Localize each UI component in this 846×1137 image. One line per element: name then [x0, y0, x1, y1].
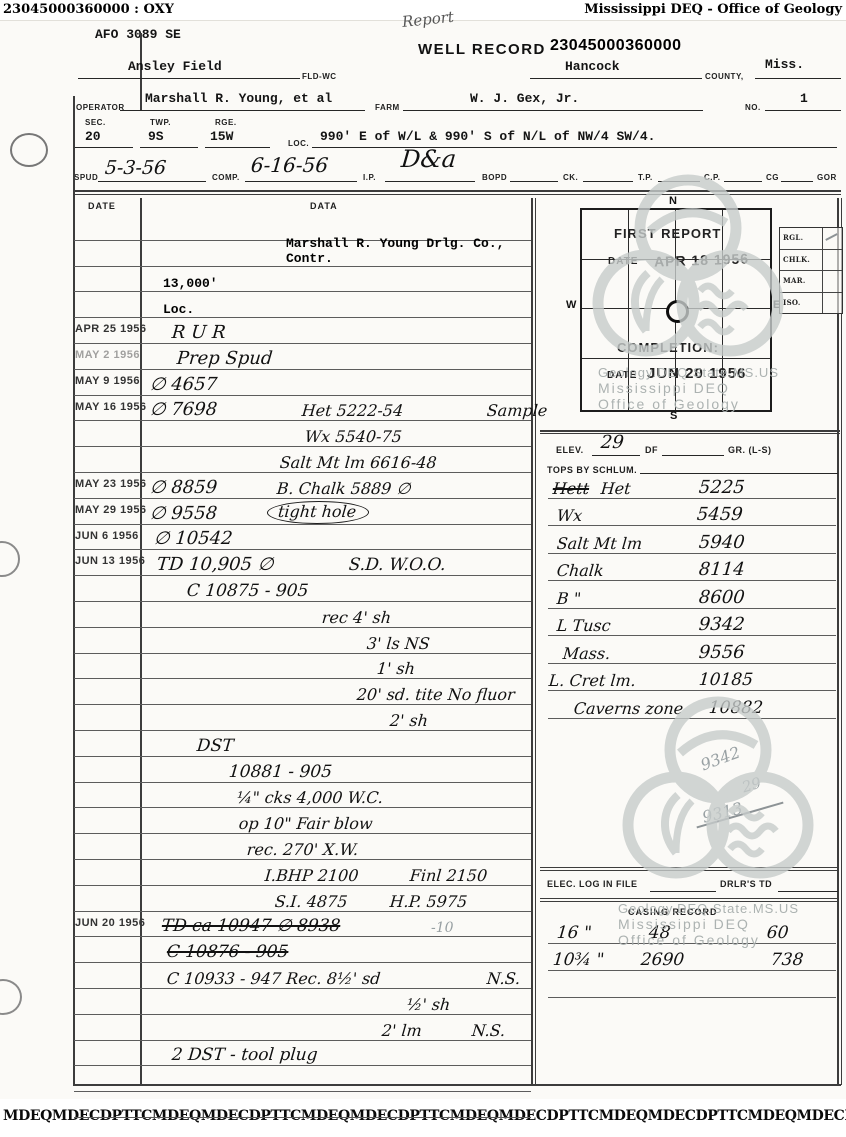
- entry-text: L. Cret lm.: [548, 671, 637, 690]
- agency-title: Mississippi DEQ - Office of Geology: [584, 2, 842, 17]
- data-header: DATA: [310, 201, 338, 211]
- log-row: ¼" cks 4,000 W.C.: [74, 783, 531, 809]
- well-number: 23045000360000: [550, 37, 682, 55]
- date-stamp: MAY 16 1956: [75, 401, 147, 413]
- entry-text: C 10875 - 905: [186, 581, 309, 601]
- log-row: Chalk8114: [548, 554, 836, 582]
- twp-label: TWP.: [150, 118, 171, 127]
- entry-text: 2690: [640, 950, 685, 970]
- loc-label: LOC.: [288, 139, 309, 148]
- farm-label: FARM: [375, 103, 400, 112]
- entry-text: Loc.: [163, 302, 194, 317]
- entry-text: 5459: [696, 504, 744, 525]
- afo-number: AFO 3089 SE: [95, 27, 181, 42]
- well-no: 1: [800, 91, 808, 106]
- comp-date: 6-16-56: [250, 153, 329, 177]
- class-label: ISO.: [783, 298, 801, 307]
- log-row: JUN 13 1956TD 10,905 ∅S.D. W.O.O.: [74, 550, 531, 576]
- cp-label: C.P.: [704, 173, 721, 182]
- entry-text: 5940: [698, 532, 746, 553]
- class-box-row: RGL.: [780, 228, 842, 250]
- right-border: [837, 198, 839, 1085]
- entry-text: tight hole: [266, 501, 370, 524]
- date-stamp: MAY 9 1956: [75, 375, 140, 387]
- date-stamp: MAY 29 1956: [75, 504, 147, 516]
- entry-text: ½' sh: [406, 995, 451, 1014]
- entry-text: Sample: [486, 401, 548, 420]
- class-label: MAR.: [783, 276, 806, 285]
- log-row: Mass.9556: [548, 636, 836, 664]
- elev-value: 29: [600, 432, 625, 453]
- footer-token: MDECD: [797, 1108, 846, 1124]
- log-row: [74, 1066, 531, 1092]
- entry-text: 13,000': [163, 276, 218, 291]
- entry-text: 738: [770, 950, 804, 970]
- first-report-date: APR 18 1956: [654, 250, 750, 269]
- log-row: L Tusc9342: [548, 609, 836, 637]
- pencil-note: 9342: [698, 743, 743, 775]
- log-row: 16 "4860: [548, 917, 836, 944]
- log-row: [548, 971, 836, 998]
- log-row: MAY 16 1956∅ 7698Het 5222-54Sample: [74, 396, 531, 422]
- mdeq-logo-watermark: [618, 693, 818, 893]
- entry-text: 8114: [698, 559, 746, 580]
- well-location-marker: [666, 300, 689, 323]
- entry-text: Salt Mt lm: [556, 534, 643, 553]
- entry-text: N.S.: [486, 969, 521, 988]
- bopd-label: BOPD: [482, 173, 507, 182]
- entry-text: 48: [648, 923, 671, 943]
- entry-text: ∅ 8859: [149, 477, 218, 498]
- punch-hole: [0, 541, 20, 577]
- punch-hole: [10, 133, 48, 167]
- log-row: S.I. 4875H.P. 5975: [74, 886, 531, 912]
- entry-text: ∅ 7698: [149, 399, 218, 420]
- entry-text: Chalk: [556, 561, 605, 580]
- footer-token: PTTC: [707, 1108, 747, 1124]
- log-row: I.BHP 2100Finl 2150: [74, 860, 531, 886]
- log-row: 2' sh: [74, 705, 531, 731]
- log-row: rec 4' sh: [74, 602, 531, 628]
- log-row: op 10" Fair blow: [74, 808, 531, 834]
- entry-text: 10¾ ": [552, 950, 605, 970]
- class-check-cell: [822, 293, 842, 314]
- twp-value: 9S: [148, 129, 164, 144]
- date-stamp: MAY 2 1956: [75, 349, 140, 361]
- no-label: NO.: [745, 103, 761, 112]
- class-box-row: ISO.: [780, 293, 842, 314]
- entry-text: R U R: [171, 322, 227, 343]
- log-row: MAY 29 1956∅ 9558tight hole: [74, 499, 531, 525]
- class-label: RGL.: [783, 233, 803, 242]
- casing-rows: 16 "486010¾ "2690738: [548, 917, 836, 998]
- entry-text: S.D. W.O.O.: [348, 555, 447, 575]
- entry-text: TD 10,905 ∅: [156, 554, 274, 575]
- casing-record-label: CASING RECORD: [628, 907, 718, 917]
- entry-text: H.P. 5975: [389, 892, 468, 911]
- scanned-well-record: AFO 3089 SE Report WELL RECORD 230450003…: [0, 20, 846, 1099]
- entry-text: B ": [556, 589, 582, 608]
- log-row: 20' sd. tite No fluor: [74, 679, 531, 705]
- footer-token: PTTC: [558, 1108, 598, 1124]
- farm-name: W. J. Gex, Jr.: [470, 91, 579, 106]
- entry-text: ¼" cks 4,000 W.C.: [236, 788, 384, 807]
- completion-date-label: DATE: [607, 370, 637, 381]
- log-row: C 10933 - 947 Rec. 8½' sdN.S.: [74, 963, 531, 989]
- footer-token: MDEQ: [3, 1108, 52, 1124]
- log-row: MAY 2 1956Prep Spud: [74, 344, 531, 370]
- entry-text: ∅ 9558: [149, 503, 218, 524]
- entry-text: Wx: [556, 506, 583, 525]
- entry-text: Marshall R. Young Drlg. Co., Contr.: [286, 236, 531, 266]
- loc-value: 990' E of W/L & 990' S of N/L of NW/4 SW…: [320, 129, 655, 144]
- date-header: DATE: [88, 201, 116, 211]
- pencil-note: 9313: [700, 798, 744, 826]
- log-row: 3' ls NS: [74, 628, 531, 654]
- date-stamp: JUN 13 1956: [75, 555, 145, 567]
- entry-text: 2' sh: [389, 711, 429, 730]
- fld-wc-label: FLD-WC: [302, 72, 337, 81]
- log-row: Loc.: [74, 292, 531, 318]
- df-label: DF: [645, 445, 658, 455]
- entry-text: S.I. 4875: [274, 892, 348, 911]
- entry-text: 10881 - 905: [228, 762, 333, 782]
- entry-text: -10: [431, 920, 454, 936]
- class-check-cell: [822, 250, 842, 271]
- entry-text: 9342: [698, 614, 746, 635]
- log-row: [74, 1092, 531, 1118]
- footer-token: MDEQ: [599, 1108, 648, 1124]
- ip-label: I.P.: [363, 173, 376, 182]
- entry-text: 60: [766, 923, 789, 943]
- log-row: 2' lmN.S.: [74, 1015, 531, 1041]
- log-row: Wx5459: [548, 499, 836, 527]
- spud-label: SPUD: [74, 173, 98, 182]
- log-row: HettHet5225: [548, 471, 836, 499]
- spud-date: 5-3-56: [104, 157, 167, 179]
- log-row: Marshall R. Young Drlg. Co., Contr.: [74, 241, 531, 267]
- entry-text: Het: [600, 479, 632, 498]
- footer-token: MDECD: [648, 1108, 708, 1124]
- entry-text: C 10933 - 947 Rec. 8½' sd: [166, 969, 381, 988]
- entry-text: 16 ": [556, 923, 593, 943]
- log-row: 13,000': [74, 267, 531, 293]
- class-box-row: MAR.: [780, 271, 842, 293]
- rge-label: RGE.: [215, 118, 237, 127]
- county-name: Hancock: [565, 59, 620, 74]
- compass-n: N: [669, 195, 677, 207]
- entry-text: 1' sh: [376, 659, 416, 678]
- tops-rows: HettHet5225Wx5459Salt Mt lm5940Chalk8114…: [548, 471, 836, 719]
- entry-text: L Tusc: [556, 616, 612, 635]
- entry-text: DST: [196, 736, 234, 756]
- elev-label: ELEV.: [556, 445, 584, 455]
- table-top-rule: [73, 190, 841, 192]
- field-name: Ansley Field: [128, 59, 222, 74]
- county-label: COUNTY,: [705, 72, 744, 81]
- entry-text: Caverns zone: [573, 699, 684, 718]
- class-check-cell: [822, 228, 842, 249]
- entry-text: Finl 2150: [409, 866, 488, 885]
- date-stamp: JUN 20 1956: [75, 917, 145, 929]
- entry-text: ∅ 10542: [153, 528, 234, 549]
- entry-text: 10185: [698, 670, 754, 690]
- entry-text: rec. 270' X.W.: [246, 840, 359, 859]
- class-box-rows: RGL.CHLK.MAR.ISO.: [780, 228, 842, 313]
- first-report-date-label: DATE: [608, 256, 638, 267]
- entry-text: 3' ls NS: [366, 634, 431, 653]
- log-rows: Marshall R. Young Drlg. Co., Contr.13,00…: [74, 215, 531, 1118]
- completion-stamp: COMPLETION:: [617, 340, 719, 355]
- entry-text: B. Chalk 5889 ∅: [276, 479, 411, 498]
- rge-value: 15W: [210, 129, 233, 144]
- report-note: Report: [401, 8, 455, 31]
- gr-label: GR. (L-S): [728, 445, 772, 455]
- ck-label: CK.: [563, 173, 578, 182]
- class-check-cell: [822, 271, 842, 292]
- entry-text: 9556: [698, 642, 746, 663]
- log-row: Salt Mt lm 6616-48: [74, 447, 531, 473]
- entry-text: 2 DST - tool plug: [171, 1045, 318, 1065]
- log-row: MAY 23 1956∅ 8859B. Chalk 5889 ∅: [74, 473, 531, 499]
- pencil-note: 29: [740, 774, 763, 797]
- cg-label: CG: [766, 173, 779, 182]
- log-row: C 10875 - 905: [74, 576, 531, 602]
- entry-text: 20' sd. tite No fluor: [356, 685, 516, 704]
- location-plat-map: FIRST REPORT DATE APR 18 1956 COMPLETION…: [580, 208, 772, 412]
- compass-w: W: [566, 299, 576, 311]
- entry-text: Hett: [552, 479, 590, 498]
- operator-label: OPERATOR: [76, 103, 125, 112]
- entry-text: N.S.: [471, 1021, 506, 1040]
- gor-label: GOR: [817, 173, 837, 182]
- entry-text: C 10876 - 905: [166, 942, 289, 962]
- log-row: 10¾ "2690738: [548, 944, 836, 971]
- entry-text: ∅ 4657: [149, 374, 218, 395]
- pencil-check-icon: [825, 233, 837, 241]
- entry-text: Mass.: [562, 644, 611, 663]
- log-row: C 10876 - 905: [74, 937, 531, 963]
- punch-hole: [0, 979, 22, 1015]
- entry-text: op 10" Fair blow: [238, 814, 374, 833]
- ip-value: D&a: [400, 145, 457, 173]
- entry-text: 8600: [698, 587, 746, 608]
- entry-text: Wx 5540-75: [304, 427, 403, 446]
- classification-box: RGL.CHLK.MAR.ISO.: [779, 227, 843, 314]
- entry-text: 2' lm: [381, 1021, 423, 1040]
- log-row: Caverns zone10882: [548, 691, 836, 719]
- state-name: Miss.: [765, 57, 804, 72]
- log-row: ½' sh: [74, 989, 531, 1015]
- form-title: WELL RECORD: [418, 41, 546, 58]
- entry-text: Salt Mt lm 6616-48: [279, 453, 438, 472]
- entry-text: Prep Spud: [176, 348, 273, 369]
- log-row: Wx 5540-75: [74, 421, 531, 447]
- document-id: 23045000360000 : OXY: [3, 2, 174, 17]
- date-stamp: JUN 6 1956: [75, 530, 139, 542]
- log-row: MAY 9 1956∅ 4657: [74, 370, 531, 396]
- log-row: 10881 - 905: [74, 757, 531, 783]
- log-row: APR 25 1956R U R: [74, 318, 531, 344]
- drlrs-td-label: DRLR'S TD: [720, 879, 772, 889]
- date-stamp: APR 25 1956: [75, 323, 147, 335]
- first-report-stamp: FIRST REPORT: [614, 226, 721, 241]
- log-row: 2 DST - tool plug: [74, 1041, 531, 1067]
- main-divider: [531, 198, 533, 1085]
- entry-text: TD ca 10947 ∅ 8938: [161, 916, 341, 936]
- sec-label: SEC.: [85, 118, 106, 127]
- log-row: JUN 6 1956∅ 10542: [74, 525, 531, 551]
- log-row: 1' sh: [74, 654, 531, 680]
- operator-name: Marshall R. Young, et al: [145, 91, 332, 106]
- log-row: DST: [74, 731, 531, 757]
- log-row: B "8600: [548, 581, 836, 609]
- entry-text: rec 4' sh: [321, 608, 392, 627]
- completion-date: JUN 20 1956: [647, 365, 746, 382]
- log-row: Salt Mt lm5940: [548, 526, 836, 554]
- sec-value: 20: [85, 129, 101, 144]
- entry-text: Het 5222-54: [301, 401, 404, 420]
- entry-text: 10882: [708, 698, 764, 718]
- log-row: JUN 20 1956TD ca 10947 ∅ 8938-10: [74, 912, 531, 938]
- log-row: rec. 270' X.W.: [74, 834, 531, 860]
- log-row: L. Cret lm.10185: [548, 664, 836, 692]
- class-box-row: CHLK.: [780, 250, 842, 272]
- class-label: CHLK.: [783, 255, 810, 264]
- entry-text: 5225: [698, 477, 746, 498]
- comp-label: COMP.: [212, 173, 240, 182]
- tp-label: T.P.: [638, 173, 653, 182]
- entry-text: I.BHP 2100: [264, 866, 359, 885]
- footer-token: MDEQ: [748, 1108, 797, 1124]
- date-stamp: MAY 23 1956: [75, 478, 147, 490]
- compass-s: S: [670, 410, 677, 422]
- elec-log-label: ELEC. LOG IN FILE: [547, 879, 638, 889]
